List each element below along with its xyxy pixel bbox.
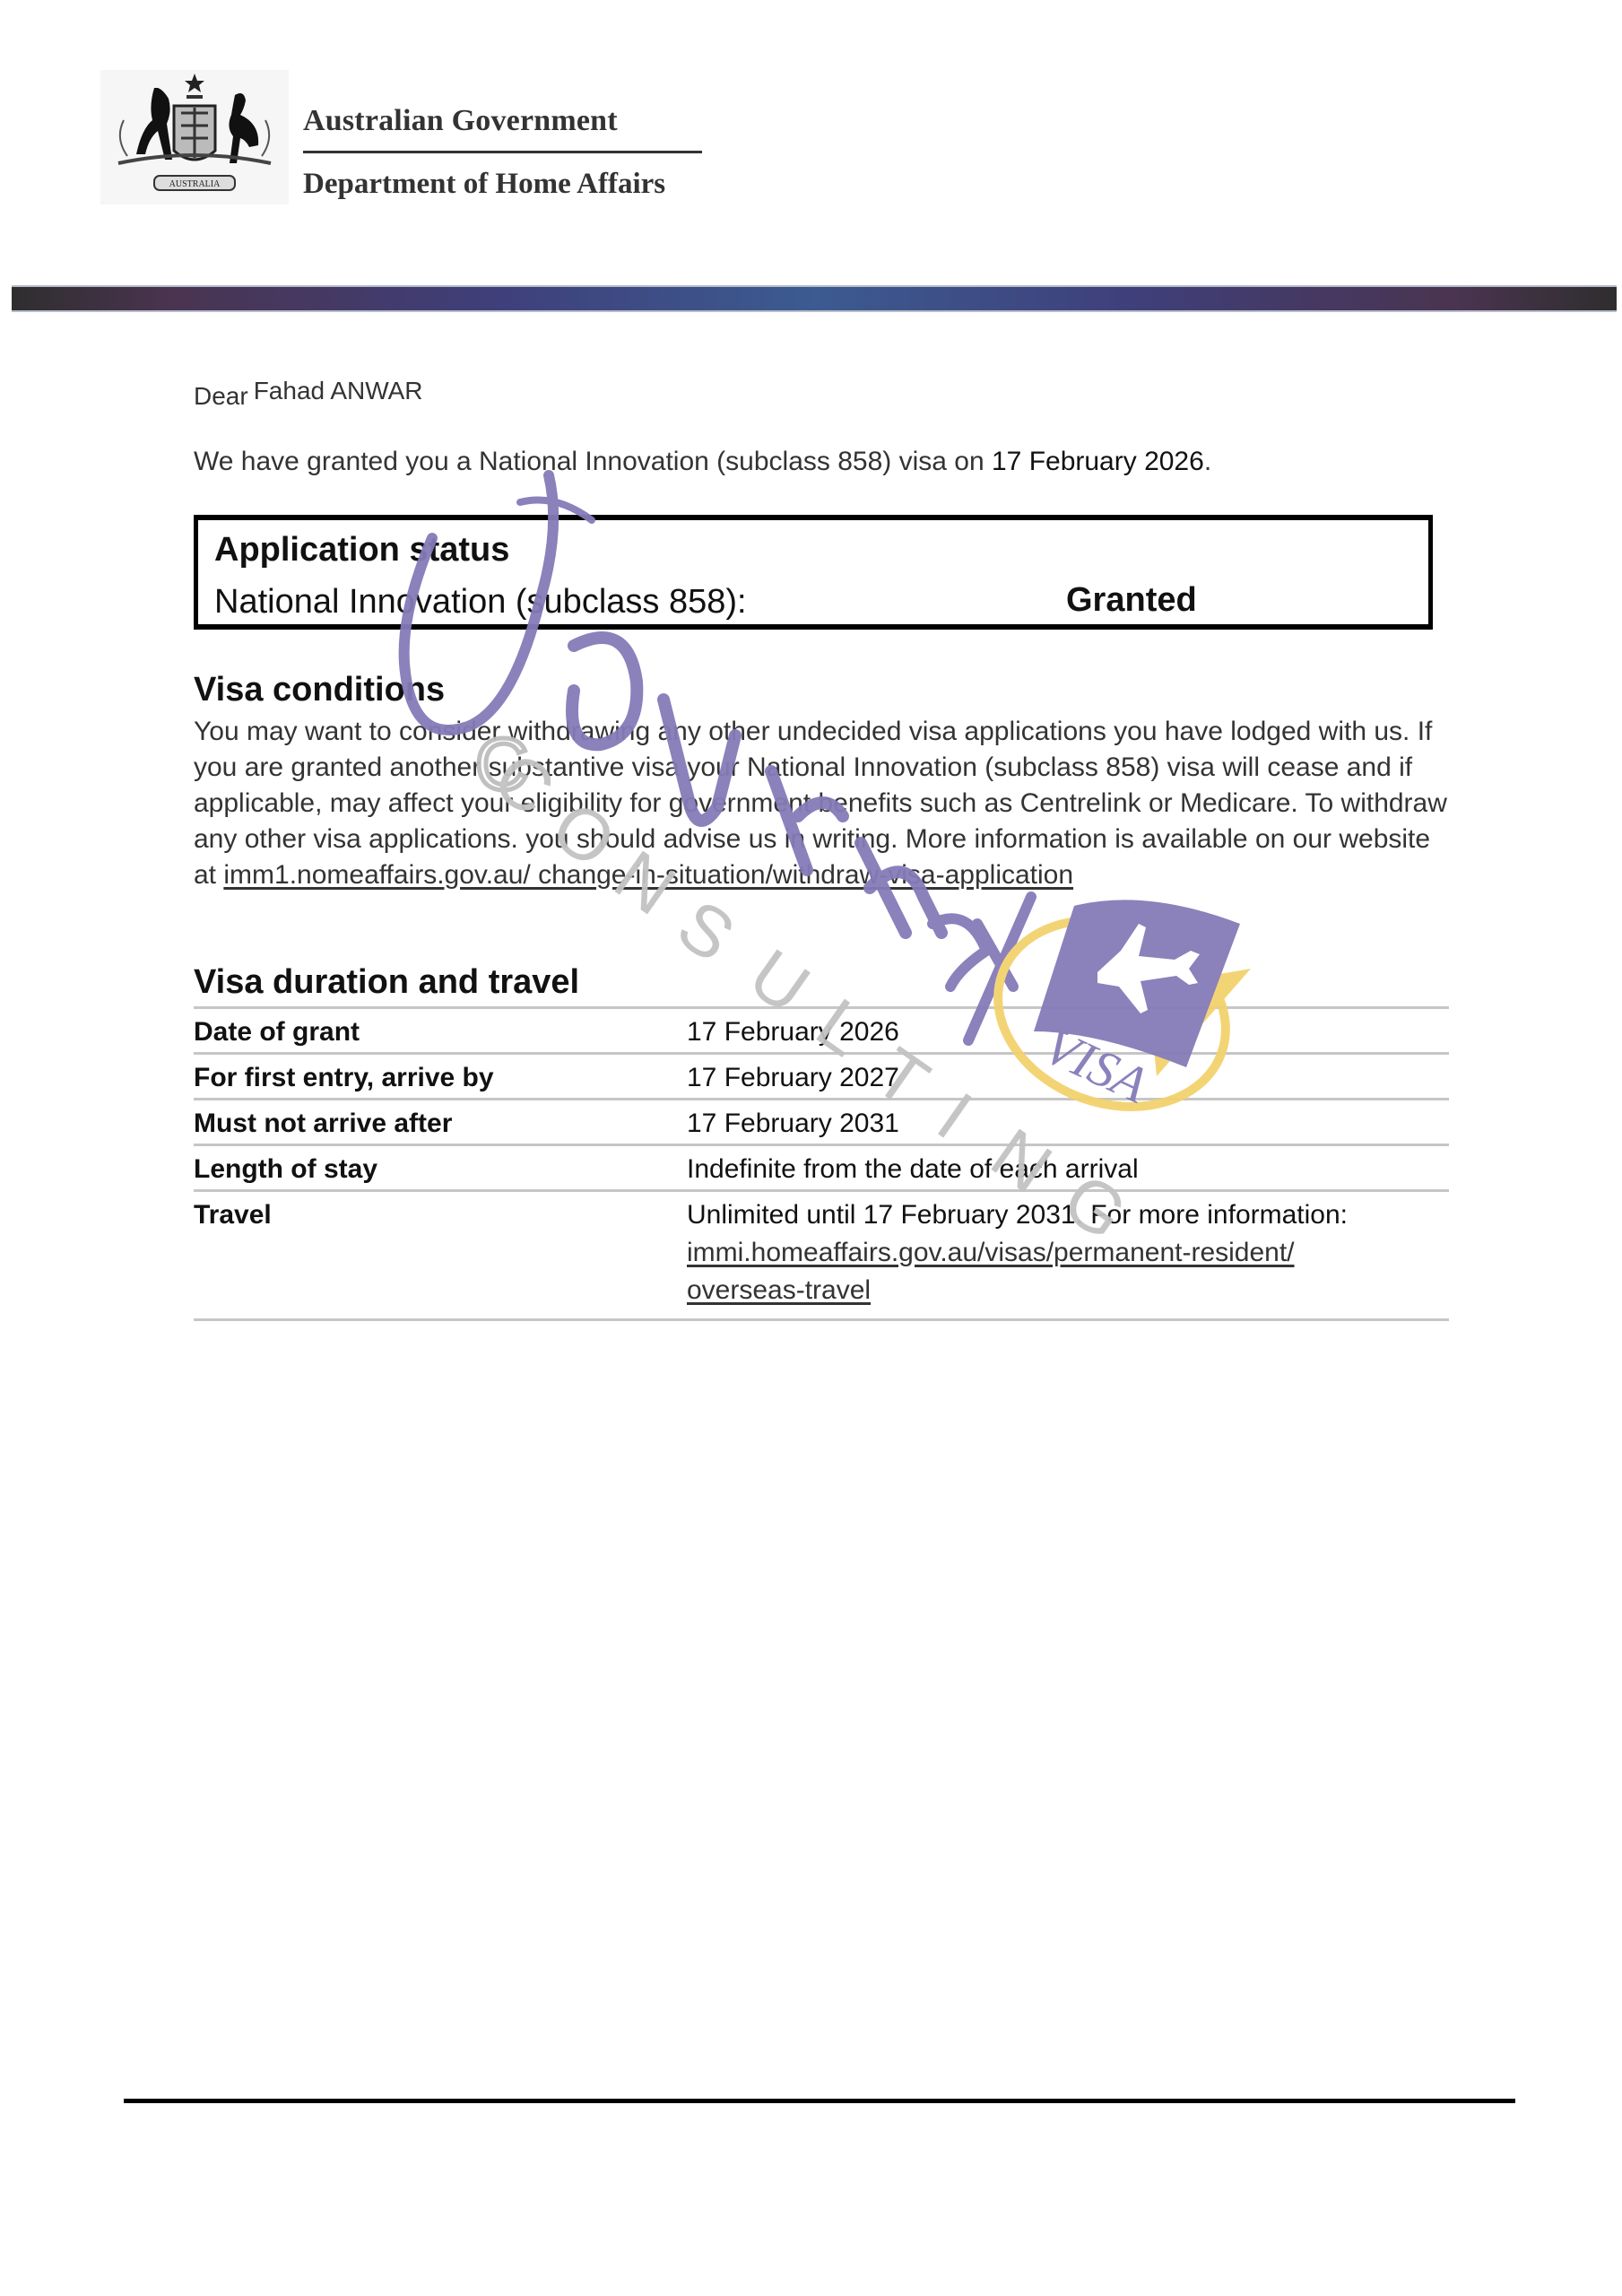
table-row: Must not arrive after 17 February 2031 xyxy=(194,1100,1449,1145)
svg-text:S: S xyxy=(664,884,749,978)
coat-of-arms-icon: AUSTRALIA xyxy=(100,70,289,204)
overseas-travel-link[interactable]: immi.homeaffairs.gov.au/visas/permanent-… xyxy=(687,1234,1368,1309)
row-label: Travel xyxy=(194,1191,687,1320)
department-name: Department of Home Affairs xyxy=(303,170,702,199)
row-value: Indefinite from the date of each arrival xyxy=(687,1145,1449,1191)
svg-text:AUSTRALIA: AUSTRALIA xyxy=(169,179,221,189)
travel-text: Unlimited until 17 February 2031. For mo… xyxy=(687,1196,1449,1234)
withdraw-visa-link[interactable]: imm1.nomeaffairs.gov.au/ change-in-situa… xyxy=(223,860,1073,890)
grant-intro: We have granted you a National Innovatio… xyxy=(194,447,1211,477)
row-label: Must not arrive after xyxy=(194,1100,687,1145)
header-divider xyxy=(303,151,702,153)
status-badge: Granted xyxy=(1066,581,1197,620)
table-row: Length of stay Indefinite from the date … xyxy=(194,1145,1449,1191)
visa-conditions-text: You may want to consider withdrawing any… xyxy=(194,714,1449,893)
agency-header: Australian Government Department of Home… xyxy=(303,106,702,199)
table-row: For first entry, arrive by 17 February 2… xyxy=(194,1054,1449,1100)
status-title: Application status xyxy=(214,531,509,570)
row-label: Length of stay xyxy=(194,1145,687,1191)
salutation-greeting: Dear xyxy=(194,382,248,411)
intro-text: We have granted you a National Innovatio… xyxy=(194,447,992,476)
row-value: 17 February 2026 xyxy=(687,1008,1449,1054)
row-label: For first entry, arrive by xyxy=(194,1054,687,1100)
salutation: DearFahad ANWAR xyxy=(194,377,423,405)
airplane-icon xyxy=(1097,924,1200,1013)
intro-grant-date: 17 February 2026 xyxy=(992,447,1204,476)
table-row: Date of grant 17 February 2026 xyxy=(194,1008,1449,1054)
recipient-name: Fahad ANWAR xyxy=(254,377,423,404)
visa-duration-heading: Visa duration and travel xyxy=(194,963,579,1002)
application-status-box: Application status National Innovation (… xyxy=(194,515,1433,630)
status-visa-label: National Innovation (subclass 858): xyxy=(214,583,747,622)
intro-suffix: . xyxy=(1204,447,1211,476)
row-value: Unlimited until 17 February 2031. For mo… xyxy=(687,1191,1449,1320)
table-row: Travel Unlimited until 17 February 2031.… xyxy=(194,1191,1449,1320)
row-label: Date of grant xyxy=(194,1008,687,1054)
footer-divider xyxy=(124,2099,1515,2103)
agency-name: Australian Government xyxy=(303,106,702,136)
visa-duration-table: Date of grant 17 February 2026 For first… xyxy=(194,1006,1449,1321)
row-value: 17 February 2027 xyxy=(687,1054,1449,1100)
row-value: 17 February 2031 xyxy=(687,1100,1449,1145)
header-banner xyxy=(12,285,1617,312)
visa-conditions-heading: Visa conditions xyxy=(194,671,445,709)
